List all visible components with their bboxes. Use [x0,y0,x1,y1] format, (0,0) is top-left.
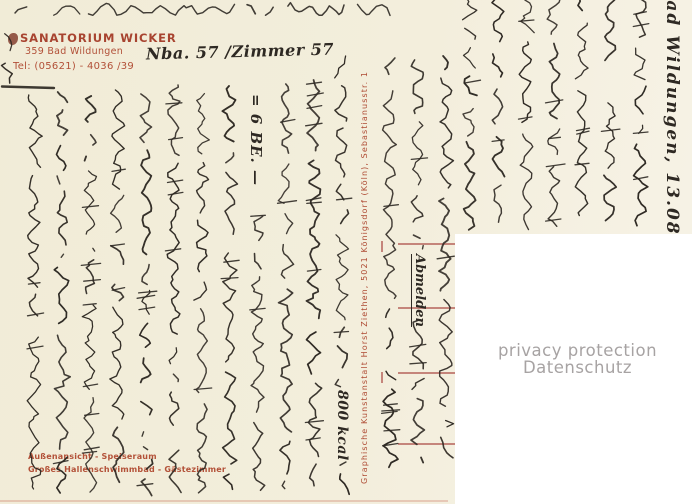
postcard-back: SANATORIUM WICKER 359 Bad Wildungen Tel:… [0,0,700,504]
handwritten-fragment-abmelden: Abmelden [412,254,427,327]
handwritten-fragment-kcal: 800 kcal [334,390,350,461]
privacy-watermark-line-1: privacy protection [455,342,700,359]
privacy-watermark-line-2: Datenschutz [455,359,700,376]
privacy-watermark: privacy protection Datenschutz [455,342,700,376]
scan-right-margin [692,0,700,234]
postcard-scan: SANATORIUM WICKER 359 Bad Wildungen Tel:… [0,0,700,504]
scan-bottom-edge [0,500,448,502]
privacy-mask: privacy protection Datenschutz [455,234,700,504]
handwritten-fragment-be: = 6 BE. — [247,94,265,186]
handwritten-date-line: Bad Wildungen, 13.08 [662,0,682,246]
